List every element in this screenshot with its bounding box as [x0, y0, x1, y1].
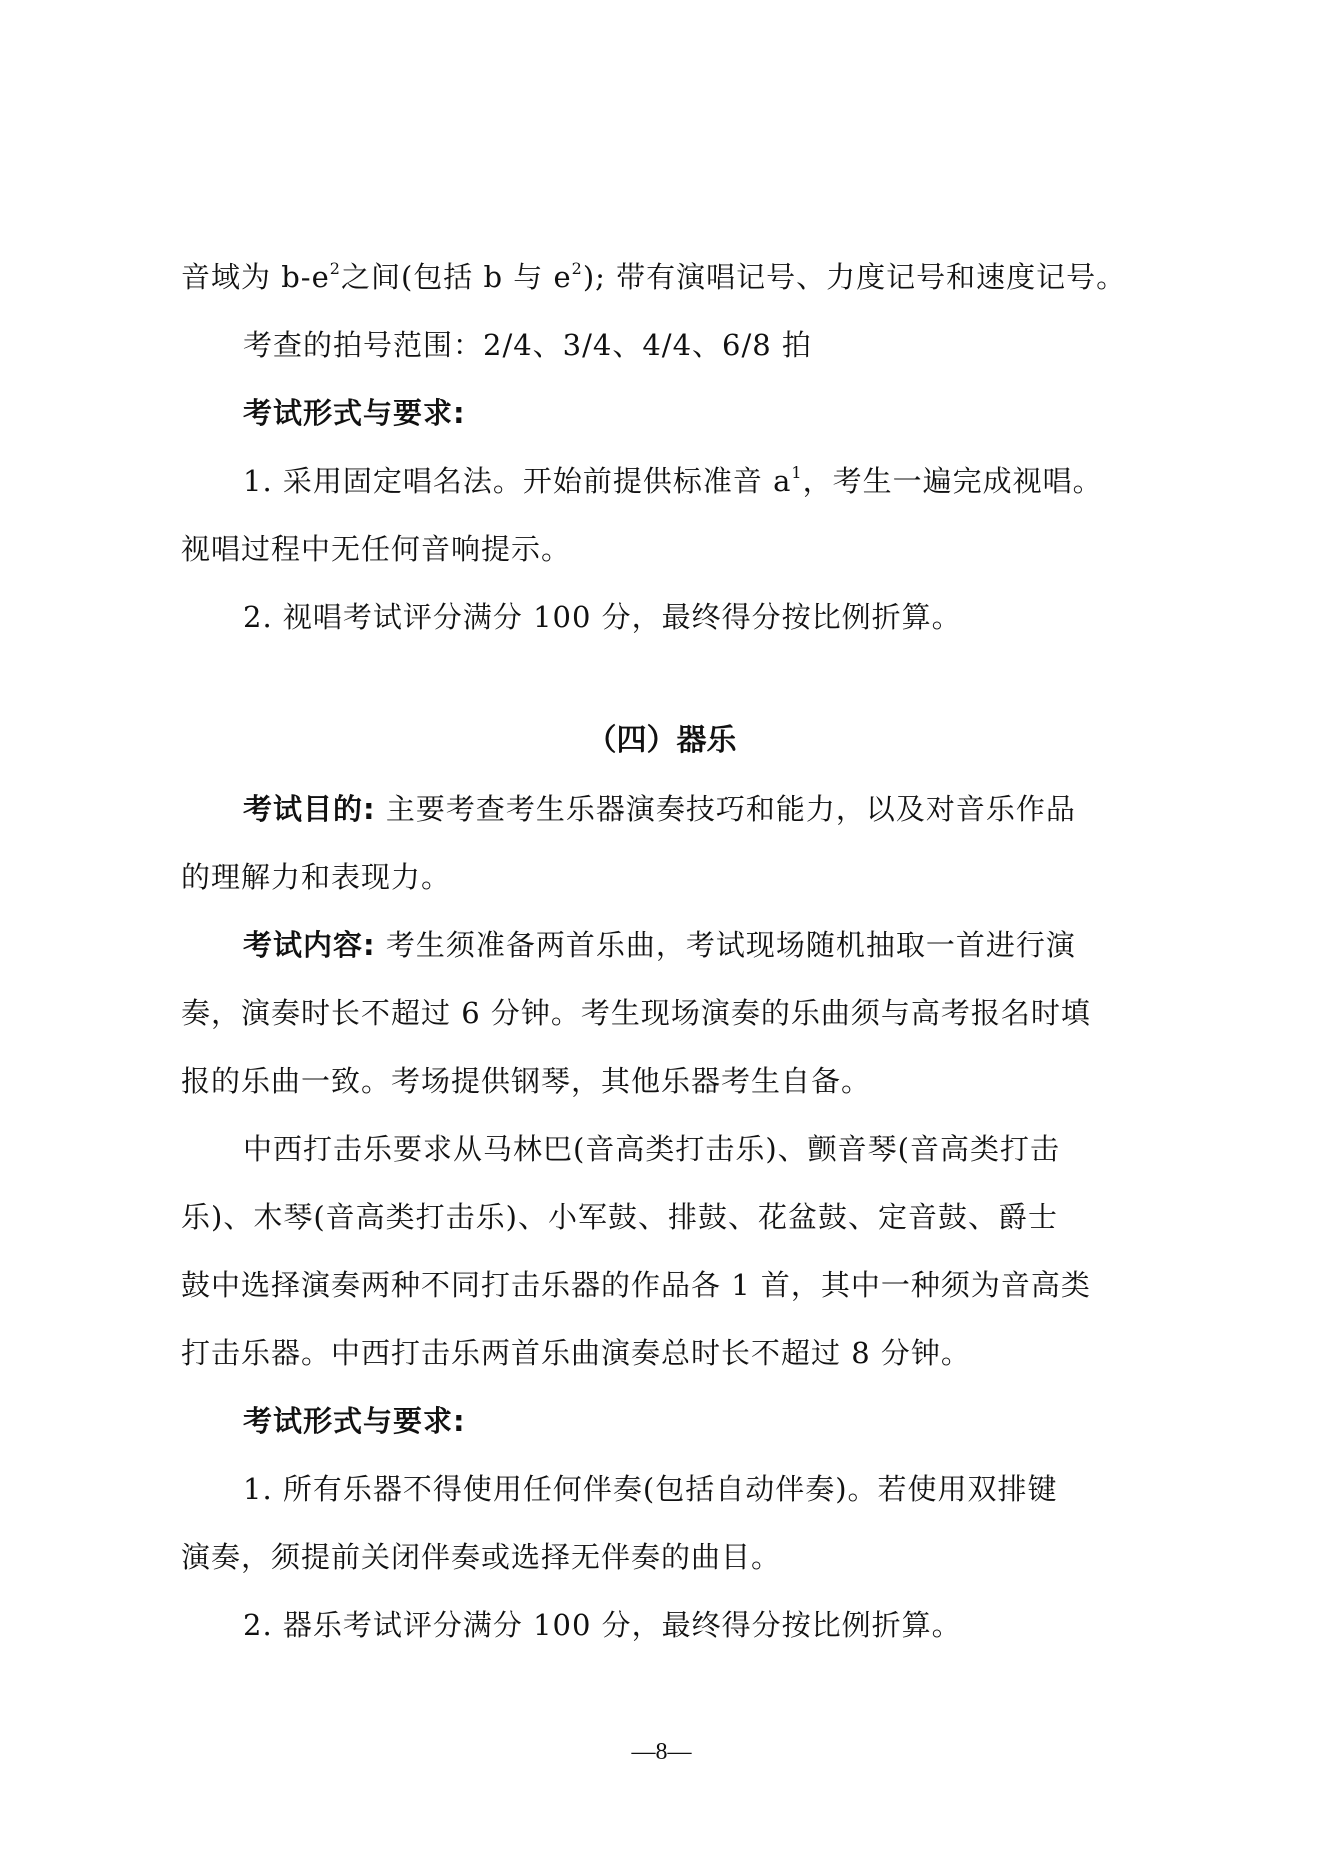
- vocal-range-line: 音域为 b-e2之间(包括 b 与 e2); 带有演唱记号、力度记号和速度记号。: [181, 257, 1151, 297]
- purpose-text: 主要考查考生乐器演奏技巧和能力，以及对音乐作品: [376, 792, 1076, 826]
- instrument-item-1-continued: 演奏，须提前关闭伴奏或选择无伴奏的曲目。: [181, 1537, 1151, 1577]
- sightsinging-item-1-text-a: 1. 采用固定唱名法。开始前提供标准音 a: [243, 464, 791, 498]
- content-line-2: 奏，演奏时长不超过 6 分钟。考生现场演奏的乐曲须与高考报名时填: [181, 993, 1151, 1033]
- content-label: 考试内容:: [243, 928, 376, 962]
- percussion-line-3: 鼓中选择演奏两种不同打击乐器的作品各 1 首，其中一种须为音高类: [181, 1265, 1151, 1305]
- vocal-range-text-3: ); 带有演唱记号、力度记号和速度记号。: [583, 260, 1126, 294]
- sightsinging-item-1-continued: 视唱过程中无任何音响提示。: [181, 529, 1151, 569]
- purpose-label: 考试目的:: [243, 792, 376, 826]
- vocal-range-text-2: 之间(包括 b 与 e: [341, 260, 572, 294]
- sightsinging-form-heading: 考试形式与要求:: [243, 393, 1213, 433]
- instrument-item-1: 1. 所有乐器不得使用任何伴奏(包括自动伴奏)。若使用双排键: [243, 1469, 1213, 1509]
- sightsinging-item-1-text-b: ，考生一遍完成视唱。: [803, 464, 1103, 498]
- superscript-1: 1: [791, 463, 802, 482]
- percussion-line-4: 打击乐器。中西打击乐两首乐曲演奏总时长不超过 8 分钟。: [181, 1333, 1151, 1373]
- meter-range-line: 考查的拍号范围：2/4、3/4、4/4、6/8 拍: [243, 325, 1213, 365]
- instrument-form-heading: 考试形式与要求:: [243, 1401, 1213, 1441]
- percussion-line-2: 乐)、木琴(音高类打击乐)、小军鼓、排鼓、花盆鼓、定音鼓、爵士: [181, 1197, 1151, 1237]
- instrument-item-2: 2. 器乐考试评分满分 100 分，最终得分按比例折算。: [243, 1605, 1213, 1645]
- superscript-2: 2: [330, 259, 341, 278]
- vocal-range-text-1: 音域为 b-e: [181, 260, 330, 294]
- content-text: 考生须准备两首乐曲，考试现场随机抽取一首进行演: [376, 928, 1076, 962]
- content-line-3: 报的乐曲一致。考场提供钢琴，其他乐器考生自备。: [181, 1061, 1151, 1101]
- content-paragraph: 考试内容: 考生须准备两首乐曲，考试现场随机抽取一首进行演: [243, 925, 1213, 965]
- percussion-line-1: 中西打击乐要求从马林巴(音高类打击乐)、颤音琴(音高类打击: [243, 1129, 1213, 1169]
- purpose-continued: 的理解力和表现力。: [181, 857, 1151, 897]
- section-heading-instrumental: （四）器乐: [0, 721, 1323, 761]
- sightsinging-item-1: 1. 采用固定唱名法。开始前提供标准音 a1，考生一遍完成视唱。: [243, 461, 1213, 501]
- superscript-2b: 2: [572, 259, 583, 278]
- page-number: —8—: [0, 1737, 1323, 1767]
- sightsinging-item-2: 2. 视唱考试评分满分 100 分，最终得分按比例折算。: [243, 597, 1213, 637]
- document-page: 音域为 b-e2之间(包括 b 与 e2); 带有演唱记号、力度记号和速度记号。…: [0, 0, 1323, 1871]
- purpose-paragraph: 考试目的: 主要考查考生乐器演奏技巧和能力，以及对音乐作品: [243, 789, 1213, 829]
